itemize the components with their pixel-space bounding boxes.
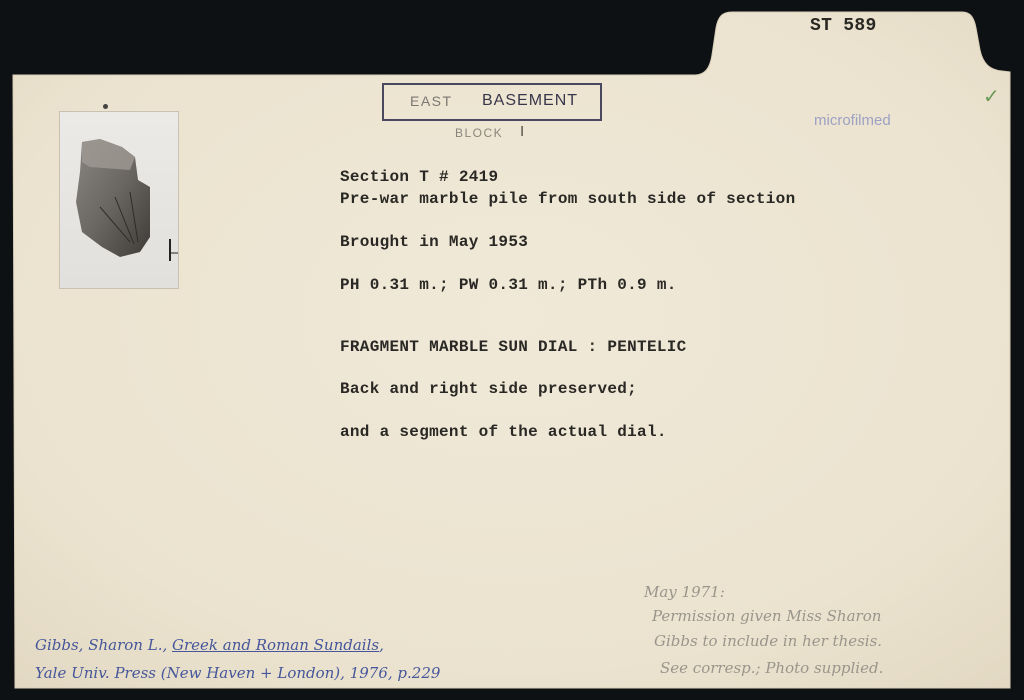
bibliography-line-1: Gibbs, Sharon L., Greek and Roman Sundai… xyxy=(35,636,384,654)
block-value: I xyxy=(520,123,524,140)
pencil-note-line-4: See corresp.; Photo supplied. xyxy=(660,659,883,677)
pencil-note-line-2: Permission given Miss Sharon xyxy=(652,607,881,625)
date-brought: Brought in May 1953 xyxy=(340,233,528,251)
object-title: FRAGMENT MARBLE SUN DIAL : PENTELIC xyxy=(340,338,687,356)
bibliography-author: Gibbs, Sharon L., xyxy=(35,636,172,654)
block-label: BLOCK xyxy=(455,126,503,140)
bibliography-line-2: Yale Univ. Press (New Haven + London), 1… xyxy=(35,664,440,682)
microfilmed-stamp: microfilmed xyxy=(814,112,891,129)
description-line-2: and a segment of the actual dial. xyxy=(340,423,667,441)
sundial-fragment-image xyxy=(60,112,179,289)
stamp-location: BASEMENT xyxy=(482,92,578,110)
bibliography-title: Greek and Roman Sundails xyxy=(172,636,379,654)
pencil-note-line-3: Gibbs to include in her thesis. xyxy=(654,632,882,650)
bibliography-title-suffix: , xyxy=(379,636,384,654)
section-number: Section T # 2419 xyxy=(340,168,498,186)
pin-icon xyxy=(103,104,108,109)
artifact-photo xyxy=(59,111,179,289)
card-number-tab: ST 589 xyxy=(810,16,877,36)
stamp-location-prefix: EAST xyxy=(410,93,453,109)
pencil-note-line-1: May 1971: xyxy=(644,583,725,601)
description-line-1: Back and right side preserved; xyxy=(340,380,637,398)
check-mark-icon: ✓ xyxy=(983,84,1000,108)
provenance: Pre-war marble pile from south side of s… xyxy=(340,190,795,208)
dimensions: PH 0.31 m.; PW 0.31 m.; PTh 0.9 m. xyxy=(340,276,677,294)
